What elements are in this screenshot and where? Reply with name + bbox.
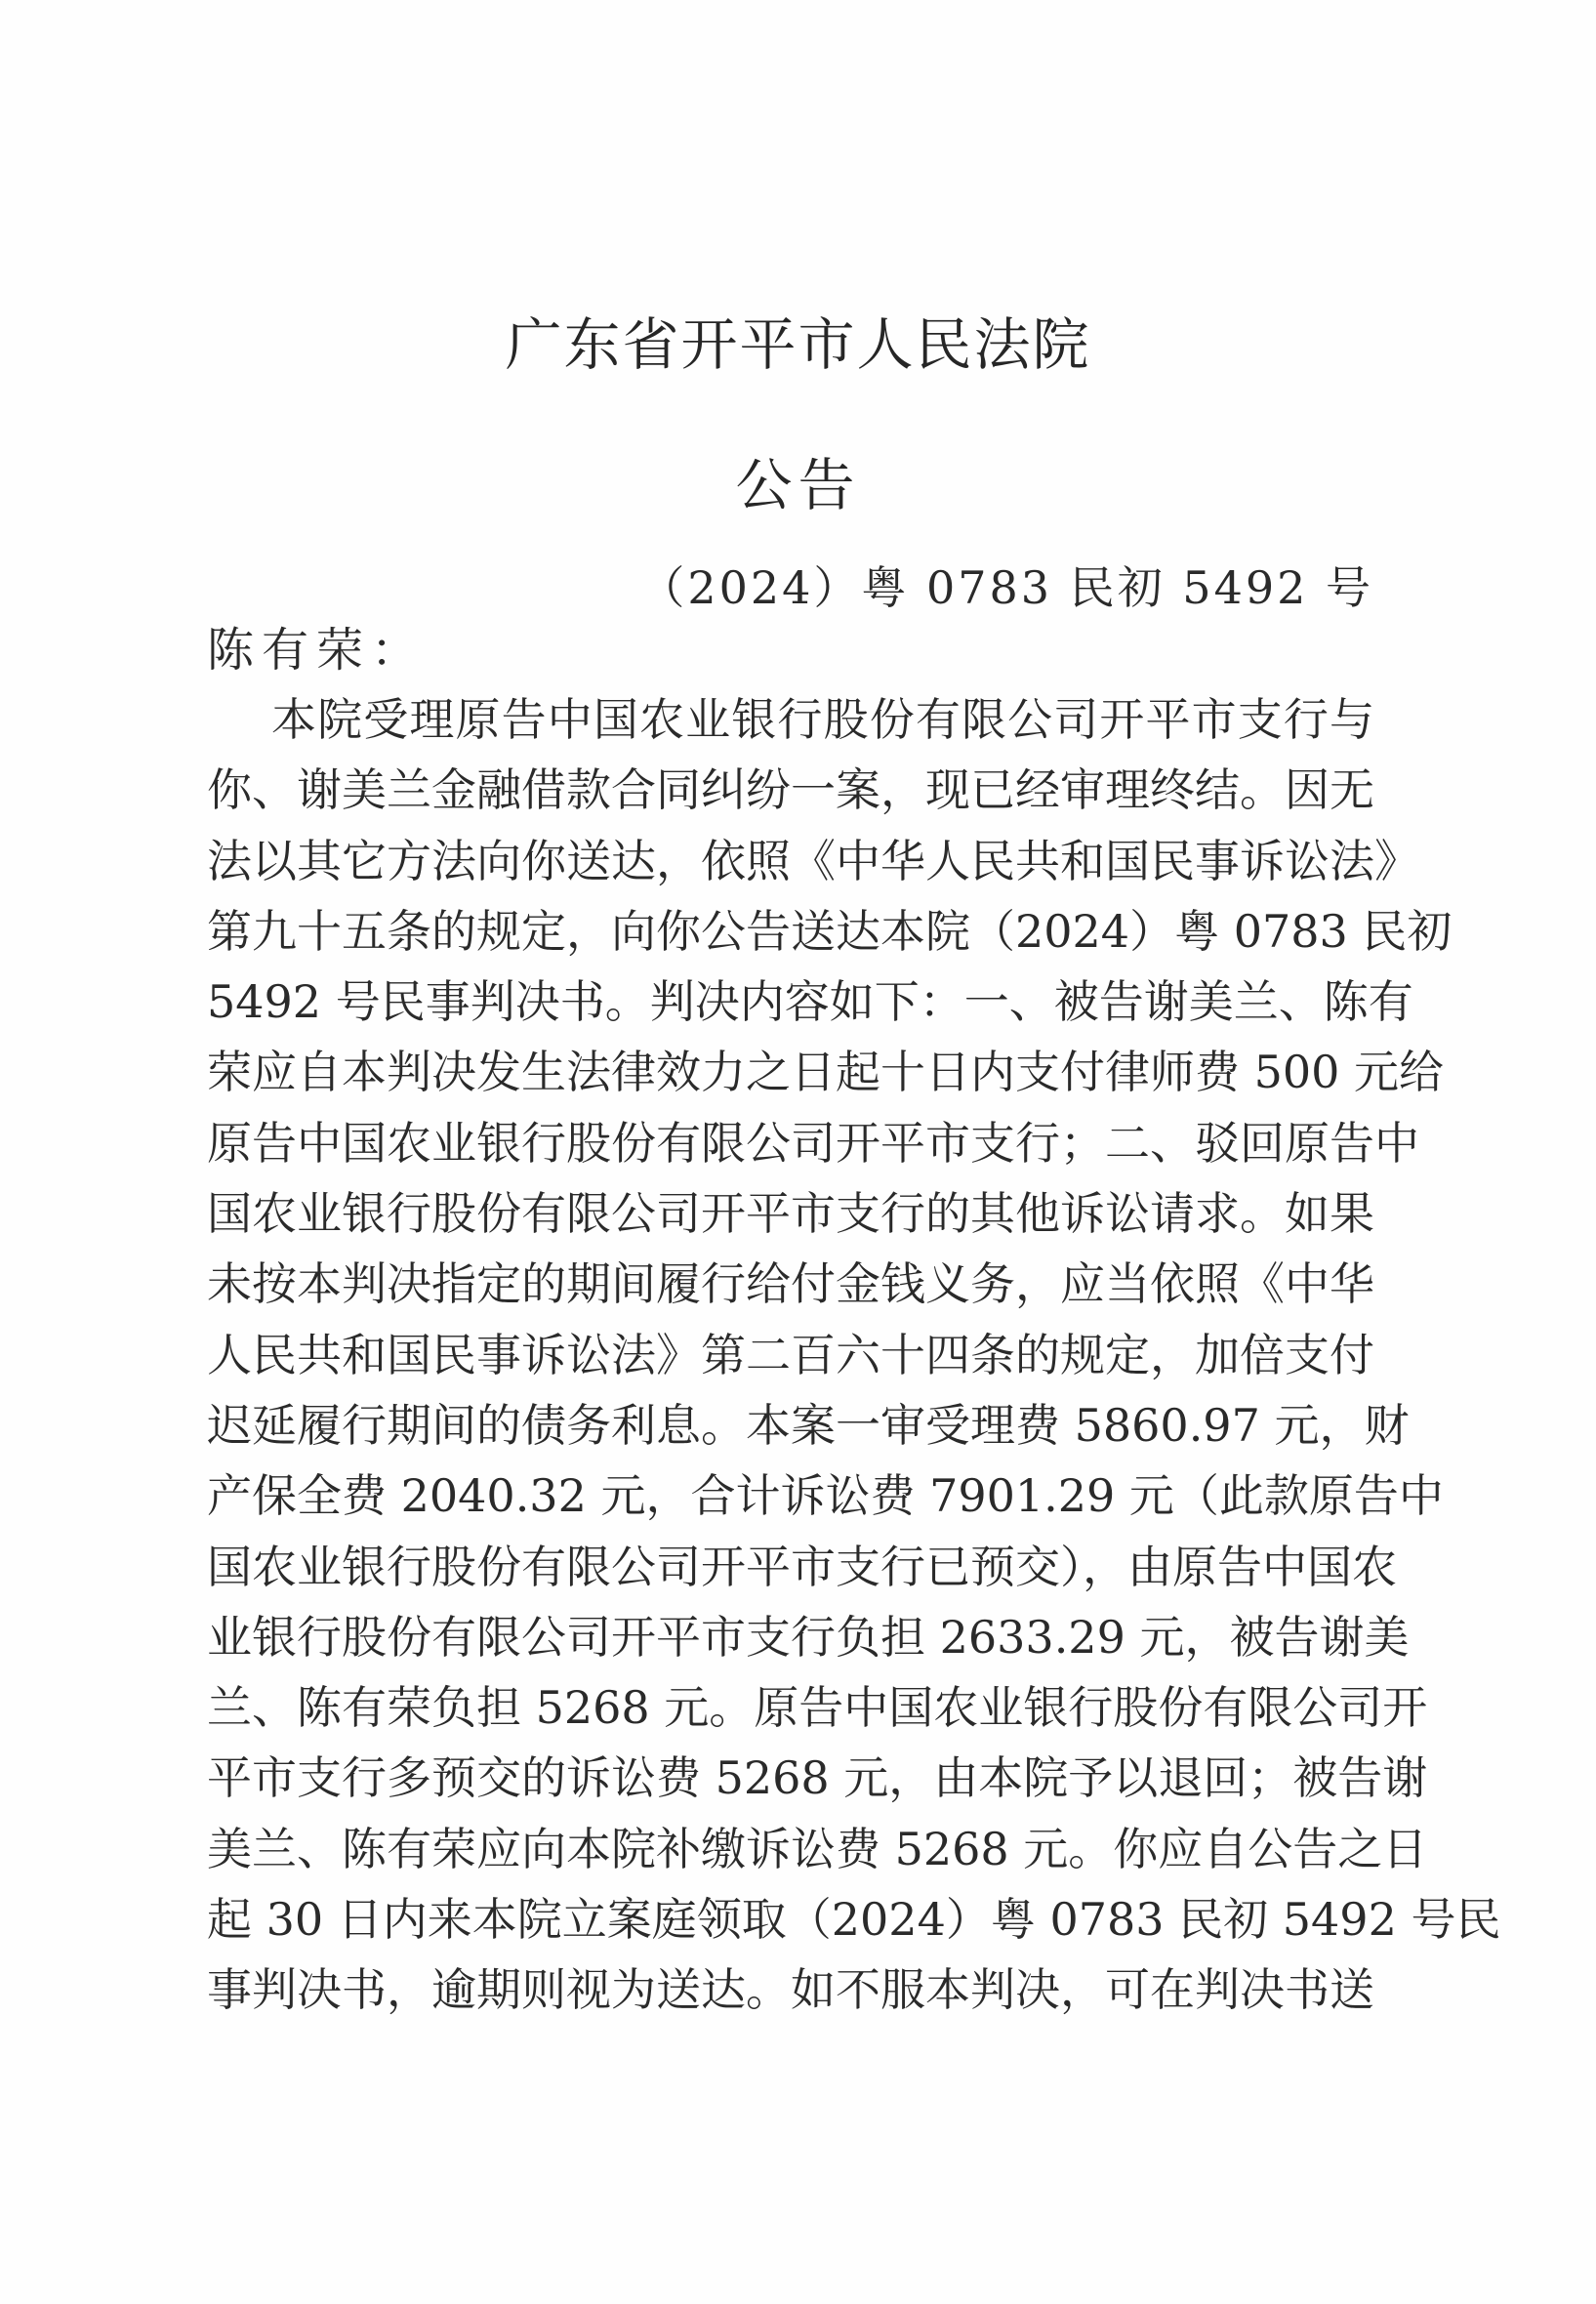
notice-body: 本院受理原告中国农业银行股份有限公司开平市支行与 你、谢美兰金融借款合同纠纷一案… — [207, 689, 1374, 2031]
body-line: 产保全费 2040.32 元，合计诉讼费 7901.29 元（此款原告中 — [207, 1465, 1374, 1536]
body-line: 人民共和国民事诉讼法》第二百六十四条的规定，加倍支付 — [207, 1325, 1374, 1395]
body-line: 业银行股份有限公司开平市支行负担 2633.29 元，被告谢美 — [207, 1607, 1374, 1677]
case-number: （2024）粤 0783 民初 5492 号 — [639, 558, 1373, 617]
body-line: 5492 号民事判决书。判决内容如下：一、被告谢美兰、陈有 — [207, 971, 1374, 1042]
body-line: 起 30 日内来本院立案庭领取（2024）粤 0783 民初 5492 号民 — [207, 1889, 1374, 1959]
body-line: 兰、陈有荣负担 5268 元。原告中国农业银行股份有限公司开 — [207, 1677, 1374, 1748]
body-line: 本院受理原告中国农业银行股份有限公司开平市支行与 — [207, 689, 1374, 760]
body-line: 平市支行多预交的诉讼费 5268 元，由本院予以退回；被告谢 — [207, 1748, 1374, 1818]
body-line: 国农业银行股份有限公司开平市支行已预交），由原告中国农 — [207, 1537, 1374, 1607]
body-line: 事判决书，逾期则视为送达。如不服本判决，可在判决书送 — [207, 1959, 1374, 2030]
notice-title: 公告 — [0, 451, 1596, 519]
body-line: 你、谢美兰金融借款合同纠纷一案，现已经审理终结。因无 — [207, 760, 1374, 830]
body-line: 原告中国农业银行股份有限公司开平市支行；二、驳回原告中 — [207, 1113, 1374, 1183]
document-page: 广东省开平市人民法院 公告 （2024）粤 0783 民初 5492 号 陈有荣… — [0, 0, 1596, 2304]
addressee: 陈有荣： — [207, 621, 426, 679]
body-line: 迟延履行期间的债务利息。本案一审受理费 5860.97 元，财 — [207, 1395, 1374, 1465]
body-line: 第九十五条的规定，向你公告送达本院（2024）粤 0783 民初 — [207, 901, 1374, 971]
body-line: 荣应自本判决发生法律效力之日起十日内支付律师费 500 元给 — [207, 1042, 1374, 1112]
body-line: 未按本判决指定的期间履行给付金钱义务，应当依照《中华 — [207, 1254, 1374, 1324]
body-line: 国农业银行股份有限公司开平市支行的其他诉讼请求。如果 — [207, 1183, 1374, 1254]
court-name-heading: 广东省开平市人民法院 — [0, 310, 1596, 379]
body-line: 美兰、陈有荣应向本院补缴诉讼费 5268 元。你应自公告之日 — [207, 1819, 1374, 1889]
body-line: 法以其它方法向你送达，依照《中华人民共和国民事诉讼法》 — [207, 831, 1374, 901]
